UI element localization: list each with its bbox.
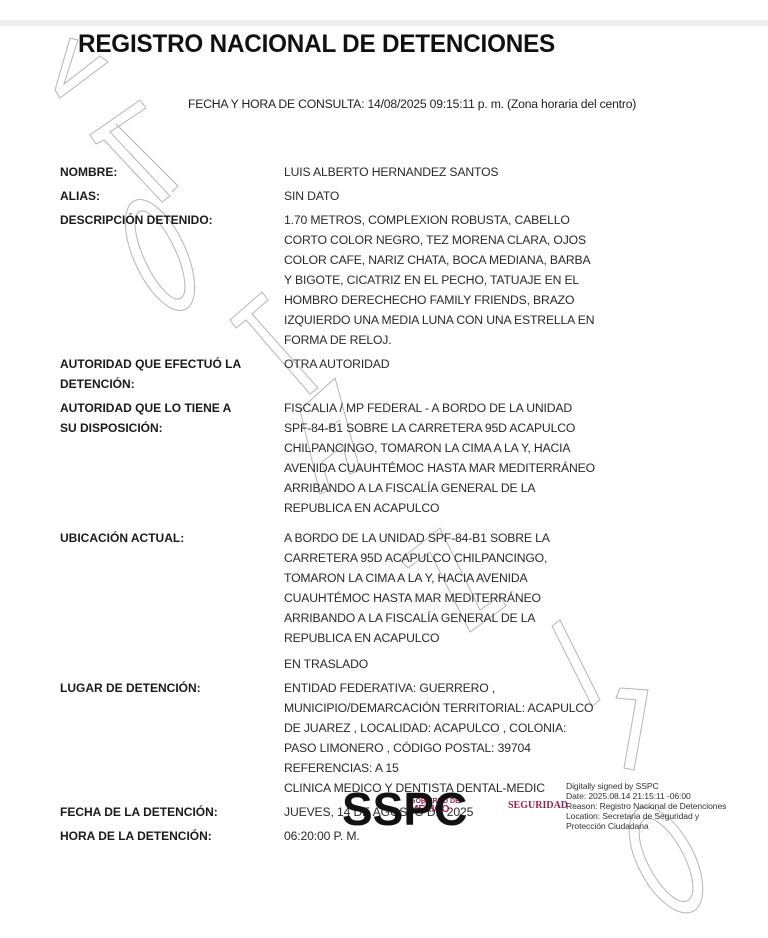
field-label: ALIAS: xyxy=(60,186,284,206)
value-line: SPF-84-B1 SOBRE LA CARRETERA 95D ACAPULC… xyxy=(284,418,654,438)
field-label: FECHA DE LA DETENCIÓN: xyxy=(60,802,284,822)
value-line: MUNICIPIO/DEMARCACIÓN TERRITORIAL: ACAPU… xyxy=(284,698,654,718)
signature-line: Reason: Registro Nacional de Detenciones xyxy=(566,801,726,811)
value-line: LUIS ALBERTO HERNANDEZ SANTOS xyxy=(284,162,654,182)
signature-line: Digitally signed by SSPC xyxy=(566,781,726,791)
signature-line: Date: 2025.08.14 21:15:11 -06:00 xyxy=(566,791,726,801)
field-descripcion: DESCRIPCIÓN DETENIDO: 1.70 METROS, COMPL… xyxy=(60,210,740,350)
document-title: REGISTRO NACIONAL DE DETENCIONES xyxy=(78,30,555,59)
field-value: ENTIDAD FEDERATIVA: GUERRERO , MUNICIPIO… xyxy=(284,678,654,798)
field-label: AUTORIDAD QUE LO TIENE A SU DISPOSICIÓN: xyxy=(60,398,284,518)
field-value: 1.70 METROS, COMPLEXION ROBUSTA, CABELLO… xyxy=(284,210,654,350)
digital-signature: Digitally signed by SSPC Date: 2025.08.1… xyxy=(566,781,726,831)
value-line: ARRIBANDO A LA FISCALÍA GENERAL DE LA xyxy=(284,478,654,498)
value-line: IZQUIERDO UNA MEDIA LUNA CON UNA ESTRELL… xyxy=(284,310,654,330)
field-nombre: NOMBRE: LUIS ALBERTO HERNANDEZ SANTOS xyxy=(60,162,740,182)
field-label: HORA DE LA DETENCIÓN: xyxy=(60,826,284,846)
value-line: CHILPANCINGO, TOMARON LA CIMA A LA Y, HA… xyxy=(284,438,654,458)
value-line: REPUBLICA EN ACAPULCO xyxy=(284,628,654,648)
label-line: AUTORIDAD QUE EFECTUÓ LA xyxy=(60,354,284,374)
value-line: SIN DATO xyxy=(284,186,654,206)
value-line: OTRA AUTORIDAD xyxy=(284,354,654,374)
field-autoridad-disposicion: AUTORIDAD QUE LO TIENE A SU DISPOSICIÓN:… xyxy=(60,398,740,518)
label-line: AUTORIDAD QUE LO TIENE A xyxy=(60,398,284,418)
field-label: DESCRIPCIÓN DETENIDO: xyxy=(60,210,284,350)
viewer-top-bar xyxy=(0,0,768,26)
field-value: OTRA AUTORIDAD xyxy=(284,354,654,394)
value-line: FISCALIA / MP FEDERAL - A BORDO DE LA UN… xyxy=(284,398,654,418)
value-line: ARRIBANDO A LA FISCALÍA GENERAL DE LA xyxy=(284,608,654,628)
value-line: Y BIGOTE, CICATRIZ EN EL PECHO, TATUAJE … xyxy=(284,270,654,290)
value-line: CARRETERA 95D ACAPULCO CHILPANCINGO, xyxy=(284,548,654,568)
signature-line: Protección Ciudadana xyxy=(566,821,726,831)
value-line: COLOR CAFE, NARIZ CHATA, BOCA MEDIANA, B… xyxy=(284,250,654,270)
value-line: A BORDO DE LA UNIDAD SPF-84-B1 SOBRE LA xyxy=(284,528,654,548)
signature-line: Location: Secretaria de Seguridad y xyxy=(566,811,726,821)
seguridad-logo: SEGURIDAD xyxy=(508,800,568,811)
status-traslado: EN TRASLADO xyxy=(284,654,654,674)
field-value: A BORDO DE LA UNIDAD SPF-84-B1 SOBRE LA … xyxy=(284,528,654,674)
field-value: LUIS ALBERTO HERNANDEZ SANTOS xyxy=(284,162,654,182)
label-line: SU DISPOSICIÓN: xyxy=(60,418,284,438)
value-line: DE JUAREZ , LOCALIDAD: ACAPULCO , COLONI… xyxy=(284,718,654,738)
value-line: TOMARON LA CIMA A LA Y, HACIA AVENIDA xyxy=(284,568,654,588)
value-line: REFERENCIAS: A 15 xyxy=(284,758,654,778)
field-value: FISCALIA / MP FEDERAL - A BORDO DE LA UN… xyxy=(284,398,654,518)
value-line: AVENIDA CUAUHTÉMOC HASTA MAR MEDITERRÁNE… xyxy=(284,458,654,478)
field-alias: ALIAS: SIN DATO xyxy=(60,186,740,206)
field-label: NOMBRE: xyxy=(60,162,284,182)
value-line: CUAUHTÉMOC HASTA MAR MEDITERRÁNEO xyxy=(284,588,654,608)
consulta-timestamp: FECHA Y HORA DE CONSULTA: 14/08/2025 09:… xyxy=(188,97,636,111)
value-line: FORMA DE RELOJ. xyxy=(284,330,654,350)
value-line: HOMBRO DERECHECHO FAMILY FRIENDS, BRAZO xyxy=(284,290,654,310)
field-autoridad-efectuo: AUTORIDAD QUE EFECTUÓ LA DETENCIÓN: OTRA… xyxy=(60,354,740,394)
sspc-stamp: SSPC xyxy=(342,782,467,836)
field-label: LUGAR DE DETENCIÓN: xyxy=(60,678,284,798)
detention-record: NOMBRE: LUIS ALBERTO HERNANDEZ SANTOS AL… xyxy=(60,162,740,850)
field-ubicacion: UBICACIÓN ACTUAL: A BORDO DE LA UNIDAD S… xyxy=(60,528,740,674)
value-line: CORTO COLOR NEGRO, TEZ MORENA CLARA, OJO… xyxy=(284,230,654,250)
field-value: SIN DATO xyxy=(284,186,654,206)
value-line: ENTIDAD FEDERATIVA: GUERRERO , xyxy=(284,678,654,698)
value-line: PASO LIMONERO , CÓDIGO POSTAL: 39704 xyxy=(284,738,654,758)
field-lugar: LUGAR DE DETENCIÓN: ENTIDAD FEDERATIVA: … xyxy=(60,678,740,798)
value-line: REPUBLICA EN ACAPULCO xyxy=(284,498,654,518)
field-label: AUTORIDAD QUE EFECTUÓ LA DETENCIÓN: xyxy=(60,354,284,394)
field-label: UBICACIÓN ACTUAL: xyxy=(60,528,284,674)
value-line: 1.70 METROS, COMPLEXION ROBUSTA, CABELLO xyxy=(284,210,654,230)
label-line: DETENCIÓN: xyxy=(60,374,284,394)
